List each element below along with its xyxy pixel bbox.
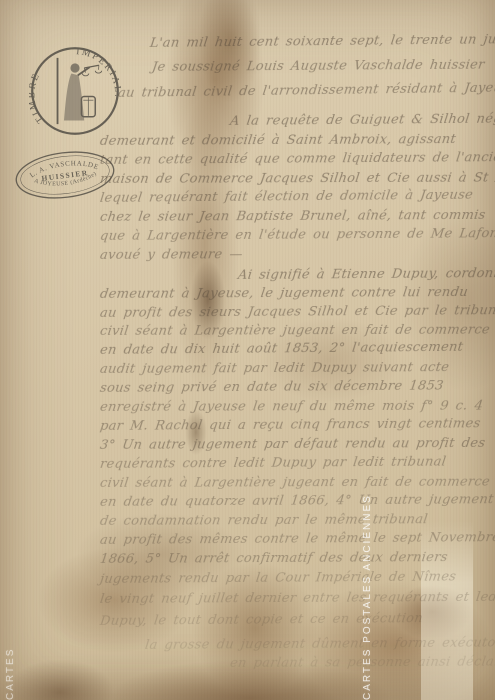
manuscript-line: par M. Rachol qui a reçu cinq francs vin… bbox=[99, 416, 481, 434]
manuscript-line: requérants contre ledit Dupuy par ledit … bbox=[99, 455, 447, 472]
manuscript-line: tant en cette qualité que comme liquidat… bbox=[99, 150, 495, 168]
manuscript-line: audit jugement fait par ledit Dupuy suiv… bbox=[99, 360, 450, 377]
manuscript-line: avoué y demeure — bbox=[99, 247, 244, 263]
manuscript-line: maison de Commerce Jacques Silhol et Cie… bbox=[99, 170, 495, 187]
manuscript-line: 1866, 5° Un arrêt confirmatif des deux d… bbox=[99, 550, 449, 567]
manuscript-text: L'an mil huit cent soixante sept, le tre… bbox=[0, 0, 495, 700]
manuscript-line: 3° Un autre jugement par défaut rendu au… bbox=[99, 436, 486, 453]
manuscript-line: au profit des mêmes contre le même le se… bbox=[99, 530, 495, 548]
manuscript-line: demeurant à Jayeuse, le jugement contre … bbox=[99, 285, 469, 302]
manuscript-line: la grosse du jugement dûment en forme ex… bbox=[144, 635, 495, 653]
manuscript-line: L'an mil huit cent soixante sept, le tre… bbox=[149, 32, 495, 51]
manuscript-line: au tribunal civil de l'arrondissement ré… bbox=[117, 80, 495, 101]
manuscript-page: TIMBRE IMPERIAL. L. A. VASCHALDE bbox=[0, 0, 495, 700]
manuscript-line: civil séant à Largentière jugeant en fai… bbox=[99, 323, 491, 339]
manuscript-line: demeurant et domicilié à Saint Ambroix, … bbox=[99, 132, 457, 149]
manuscript-line: jugements rendu par la Cour Impériale de… bbox=[99, 570, 457, 588]
manuscript-line: Ai signifié à Etienne Dupuy, cordonnier, bbox=[237, 266, 495, 283]
manuscript-line: en parlant à sa personne ainsi déclaré bbox=[229, 655, 495, 671]
manuscript-line: chez le sieur Jean Baptiste Brunel, aîné… bbox=[99, 208, 487, 225]
manuscript-line: en date du dix huit août 1853, 2° l'acqu… bbox=[99, 340, 464, 358]
manuscript-line: le vingt neuf juillet dernier entre les … bbox=[99, 590, 495, 607]
manuscript-line: sous seing privé en date du six décembre… bbox=[99, 379, 445, 396]
manuscript-line: lequel requérant fait élection de domici… bbox=[99, 188, 474, 206]
manuscript-line: civil séant à Largentière jugeant en fai… bbox=[99, 475, 491, 491]
manuscript-line: enregistré à Jayeuse le neuf du même moi… bbox=[99, 399, 484, 415]
manuscript-line: que à Largentière en l'étude ou personne… bbox=[99, 226, 495, 244]
manuscript-line: au profit des sieurs Jacques Silhol et C… bbox=[99, 303, 495, 321]
manuscript-line: A la requête de Guiguet & Silhol négocia… bbox=[229, 111, 495, 129]
manuscript-line: Dupuy, le tout dont copie et ce en exécu… bbox=[99, 611, 424, 629]
manuscript-line: en date du quatorze avril 1866, 4° Un au… bbox=[99, 492, 495, 510]
manuscript-line: de condamnation rendu par le même tribun… bbox=[99, 512, 429, 529]
manuscript-line: Je soussigné Louis Auguste Vaschalde hui… bbox=[151, 58, 486, 75]
